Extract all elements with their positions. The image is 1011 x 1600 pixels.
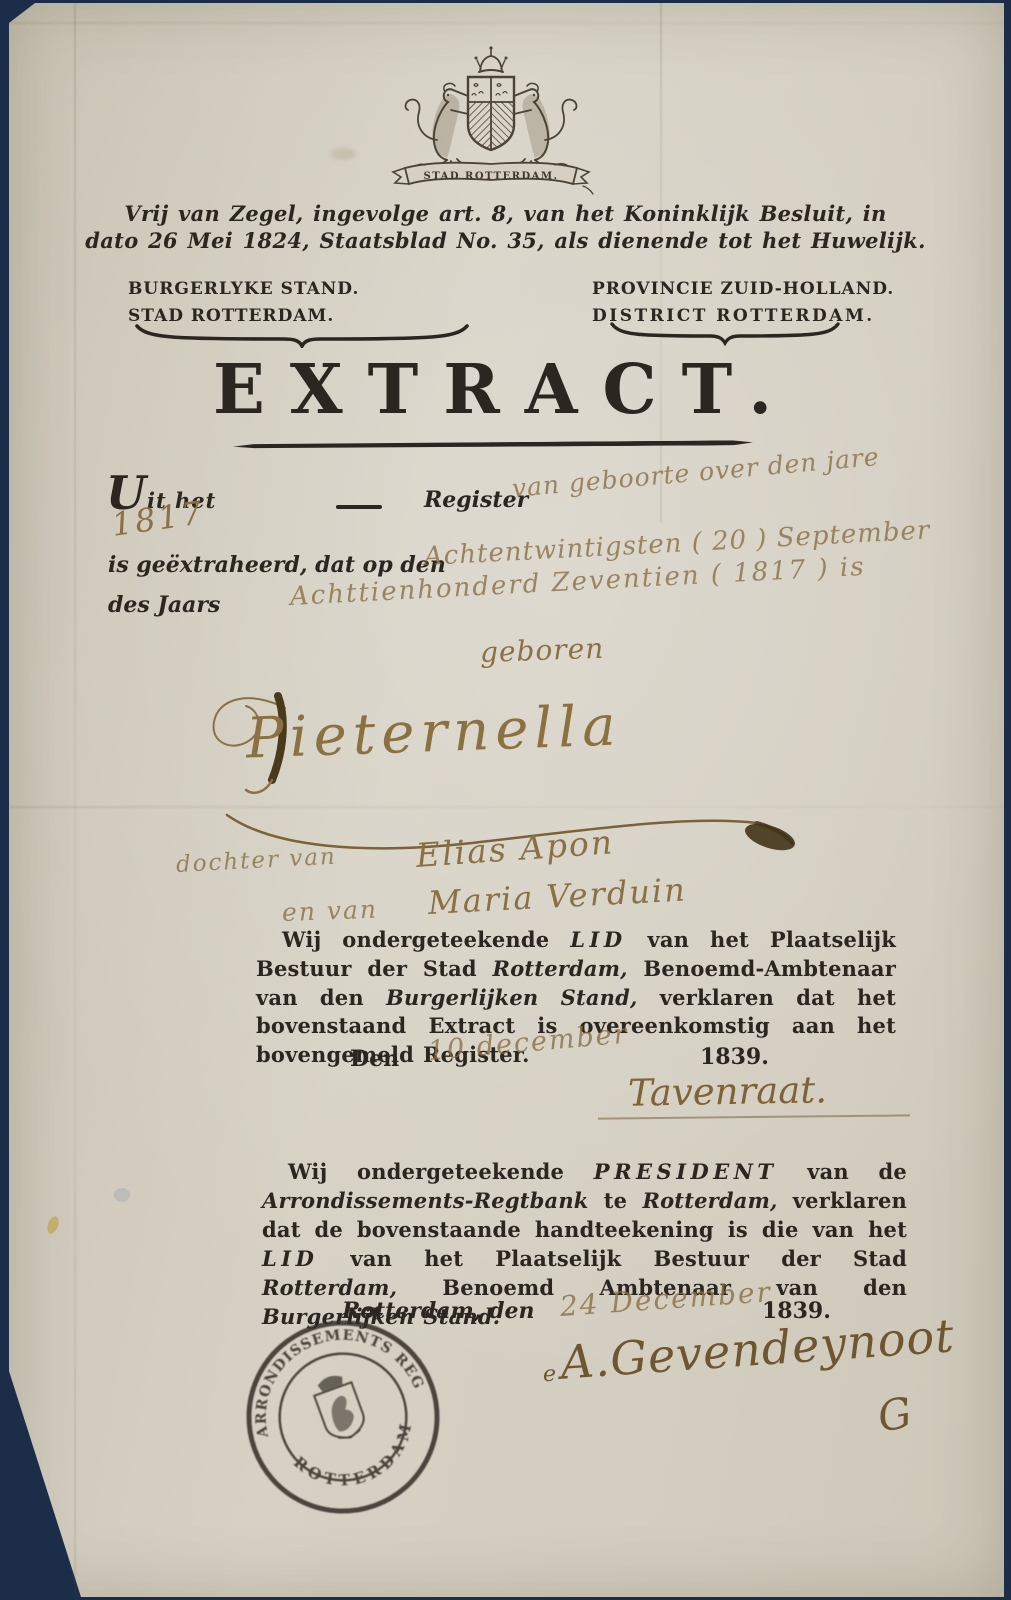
attestation-2-seg: van het Plaatselijk Bestuur der Stad <box>318 1246 907 1271</box>
coat-of-arms-graphic: STAD ROTTERDAM. <box>375 40 607 198</box>
parents-prefix-2: en van <box>281 895 378 927</box>
underbrace-left <box>133 322 471 348</box>
svg-text:ROTTERDAM: ROTTERDAM <box>287 1413 431 1509</box>
year-printed: des Jaars <box>108 592 220 618</box>
attestation-2-seg: van de <box>778 1159 907 1184</box>
attestation-1-lid: LID <box>570 927 626 952</box>
office-left-line1: BURGERLYKE STAND. <box>128 276 359 303</box>
child-name-handwritten: Pieternella <box>245 693 623 771</box>
dateline1-year: 1839. <box>700 1044 769 1070</box>
emblem-banner-text: STAD ROTTERDAM. <box>424 171 559 182</box>
city-coat-of-arms: STAD ROTTERDAM. <box>375 40 607 198</box>
attestation-1-seg: Wij ondergeteekende <box>282 927 570 952</box>
underbrace-right <box>608 320 842 346</box>
exemption-notice-line1: Vrij van Zegel, ingevolge art. 8, van he… <box>0 201 1011 228</box>
signature-official: Tavenraat. <box>628 1068 828 1114</box>
stamp-ring-bottom-text: ROTTERDAM <box>287 1413 431 1509</box>
attestation-2-president: PRESIDENT <box>594 1159 778 1184</box>
attestation-2-regtbank: Arrondissements-Regtbank <box>262 1188 589 1213</box>
dateline1-prefix: Den <box>350 1046 399 1072</box>
attestation-2-seg: te <box>589 1188 643 1213</box>
blank-dash <box>336 505 382 509</box>
exemption-notice-line2: dato 26 Mei 1824, Staatsblad No. 35, als… <box>0 228 1011 255</box>
extracted-printed: is geëxtraheerd, dat op den <box>108 552 446 578</box>
attestation-1-rotterdam: Rotterdam, <box>493 956 628 981</box>
attestation-2-lid: LID <box>262 1246 318 1271</box>
office-right-line1: PROVINCIE ZUID-HOLLAND. <box>592 276 894 303</box>
president-signature-flourish-start: e <box>543 1362 556 1387</box>
document-title: EXTRACT. <box>213 350 797 430</box>
attestation-1-burgerlijken-stand: Burgerlijken Stand, <box>386 985 637 1010</box>
attestation-2-seg: Wij ondergeteekende <box>288 1159 594 1184</box>
handwritten-born-word: geboren <box>479 632 604 669</box>
exemption-notice: Vrij van Zegel, ingevolge art. 8, van he… <box>0 201 1011 255</box>
attestation-2-rotterdam2: Rotterdam, <box>262 1275 397 1300</box>
attestation-2-rotterdam: Rotterdam, <box>642 1188 777 1213</box>
